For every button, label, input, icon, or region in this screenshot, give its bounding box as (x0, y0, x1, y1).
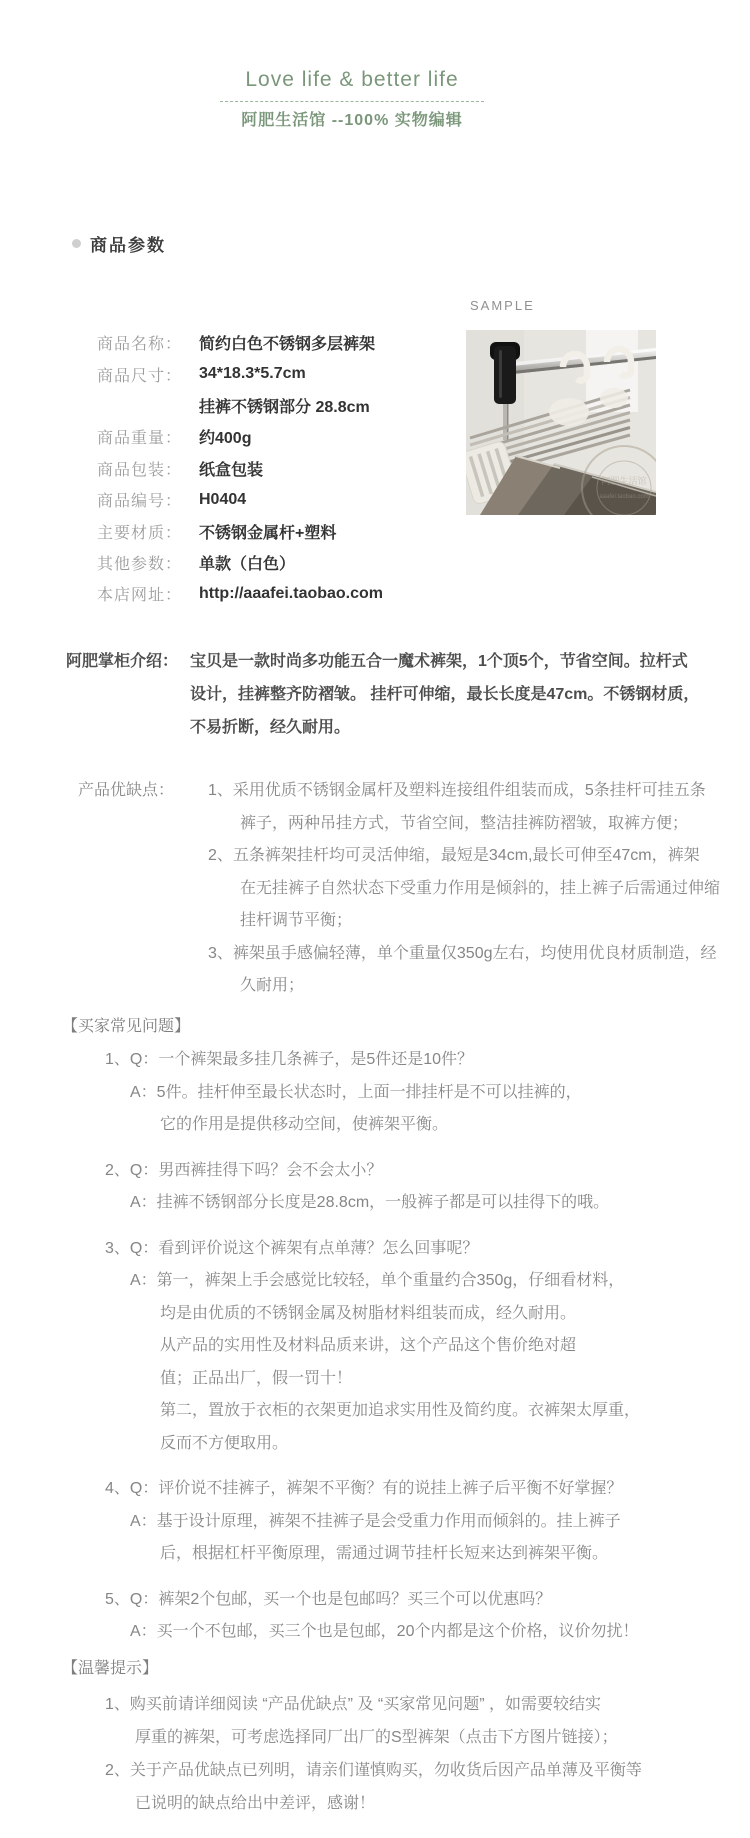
param-label: 商品编号： (97, 488, 199, 511)
param-value: H0404 (199, 491, 246, 509)
brand-header: Love life & better life 阿肥生活馆 --100% 实物编… (218, 68, 486, 130)
faq-answer-cont: 从产品的实用性及材料品质来讲，这个产品这个售价绝对超 (0, 1330, 750, 1363)
pros-line: 久耐用； (78, 970, 743, 1003)
param-value: 34*18.3*5.7cm (199, 365, 306, 383)
faq-answer-cont: 后，根据杠杆平衡原理，需通过调节挂杆长短来达到裤架平衡。 (0, 1538, 750, 1571)
faq-answer: A：基于设计原理，裤架不挂裤子是会受重力作用而倾斜的。挂上裤子 (0, 1506, 750, 1539)
faq-answer: A：第一，裤架上手会感觉比较轻，单个重量约合350g，仔细看材料， (0, 1265, 750, 1298)
params-title: 商品参数 (90, 231, 166, 256)
intro-line: 设计，挂裤整齐防褶皱。 挂杆可伸缩，最长长度是47cm。不锈钢材质， (66, 678, 726, 711)
product-detail-page: Love life & better life 阿肥生活馆 --100% 实物编… (0, 0, 750, 1838)
brand-edit-note: --100% 实物编辑 (332, 112, 463, 129)
shopkeeper-intro-section: 阿肥掌柜介绍： 宝贝是一款时尚多功能五合一魔术裤架，1个顶5个，节省空间。拉杆式… (66, 645, 726, 744)
faq-list: 1、Q：一个裤架最多挂几条裤子，是5件还是10件？ A：5件。挂杆伸至最长状态时… (0, 1044, 750, 1649)
brand-store-line: 阿肥生活馆 --100% 实物编辑 (218, 107, 486, 130)
param-row: 商品重量：约400g (97, 421, 477, 452)
param-row: 主要材质：不锈钢金属杆+塑料 (97, 515, 477, 546)
param-row: 本店网址：http://aaafei.taobao.com (97, 578, 477, 609)
pros-line: 1、采用优质不锈钢金属杆及塑料连接组件组装而成，5条挂杆可挂五条 (78, 775, 743, 808)
faq-answer: A：挂裤不锈钢部分长度是28.8cm，一般裤子都是可以挂得下的哦。 (0, 1187, 750, 1220)
tips-line: 厚重的裤架，可考虑选择同厂出厂的S型裤架（点击下方图片链接）； (0, 1721, 750, 1754)
plastic-clip (549, 398, 589, 426)
faq-answer-cont: 它的作用是提供移动空间，使裤架平衡。 (0, 1109, 750, 1142)
pros-line: 3、裤架虽手感偏轻薄，单个重量仅350g左右，均使用优良材质制造，经 (78, 938, 743, 971)
tips-title: 【温馨提示】 (62, 1655, 158, 1678)
intro-line: 不易折断，经久耐用。 (66, 711, 726, 744)
plastic-clip (600, 388, 628, 408)
faq-answer-cont: 均是由优质的不锈钢金属及树脂材料组装而成，经久耐用。 (0, 1298, 750, 1331)
param-label: 商品名称： (97, 331, 199, 354)
watermark-text: 阿肥生活馆 (601, 475, 646, 486)
param-value: 简约白色不锈钢多层裤架 (199, 331, 375, 354)
sample-label: SAMPLE (470, 298, 535, 313)
param-row: 商品名称：简约白色不锈钢多层裤架 (97, 327, 477, 358)
pros-cons-label: 产品优缺点： (78, 775, 174, 808)
param-label: 商品尺寸： (97, 363, 199, 386)
param-value: 挂裤不锈钢部分 28.8cm (199, 394, 370, 417)
pros-line: 裤子，两种吊挂方式，节省空间，整洁挂裤防褶皱，取裤方便； (78, 808, 743, 841)
param-row: 商品尺寸：34*18.3*5.7cm (97, 358, 477, 389)
params-section-header: 商品参数 (72, 231, 166, 256)
faq-question: 2、Q：男西裤挂得下吗？会不会太小？ (0, 1155, 750, 1188)
tips-line: 已说明的缺点给出中差评，感谢！ (0, 1787, 750, 1820)
bullet-icon (72, 239, 81, 248)
brand-tagline: Love life & better life (218, 68, 486, 92)
param-value: 不锈钢金属杆+塑料 (199, 520, 336, 543)
param-label: 商品包装： (97, 457, 199, 480)
pros-line: 在无挂裤子自然状态下受重力作用是倾斜的，挂上裤子后需通过伸缩 (78, 873, 743, 906)
param-value: http://aaafei.taobao.com (199, 585, 383, 603)
faq-answer-cont: 第二，置放于衣柜的衣架更加追求实用性及简约度。衣裤架太厚重， (0, 1395, 750, 1428)
tips-list: 1、购买前请详细阅读 “产品优缺点” 及 “买家常见问题” ，如需要较结实 厚重… (0, 1688, 750, 1820)
faq-question: 4、Q：评价说不挂裤子，裤架不平衡？有的说挂上裤子后平衡不好掌握？ (0, 1473, 750, 1506)
param-row: 其他参数：单款（白色） (97, 547, 477, 578)
watermark-url: aaafei.taobao.com (599, 494, 648, 500)
param-label: 本店网址： (97, 582, 199, 605)
faq-title: 【买家常见问题】 (62, 1013, 190, 1036)
tips-line: 1、购买前请详细阅读 “产品优缺点” 及 “买家常见问题” ，如需要较结实 (0, 1688, 750, 1721)
intro-label: 阿肥掌柜介绍： (66, 645, 178, 678)
params-list: 商品名称：简约白色不锈钢多层裤架 商品尺寸：34*18.3*5.7cm 挂裤不锈… (97, 327, 477, 610)
brand-store-name: 阿肥生活馆 (241, 112, 326, 129)
param-row: 挂裤不锈钢部分 28.8cm (97, 390, 477, 421)
param-value: 单款（白色） (199, 551, 295, 574)
faq-answer: A：买一个不包邮，买三个也是包邮，20个内都是这个价格，议价勿扰！ (0, 1616, 750, 1649)
param-value: 纸盒包装 (199, 457, 263, 480)
tips-line: 2、关于产品优缺点已列明，请亲们谨慎购买，勿收货后因产品单薄及平衡等 (0, 1754, 750, 1787)
param-row: 商品包装：纸盒包装 (97, 453, 477, 484)
brand-divider (220, 101, 484, 102)
param-row: 商品编号：H0404 (97, 484, 477, 515)
param-label: 主要材质： (97, 520, 199, 543)
faq-answer: A：5件。挂杆伸至最长状态时，上面一排挂杆是不可以挂裤的， (0, 1077, 750, 1110)
faq-question: 5、Q：裤架2个包邮，买一个也是包邮吗？买三个可以优惠吗？ (0, 1584, 750, 1617)
param-label: 商品重量： (97, 425, 199, 448)
product-photo: 阿肥生活馆 aaafei.taobao.com (466, 330, 656, 515)
faq-answer-cont: 值；正品出厂，假一罚十！ (0, 1363, 750, 1396)
faq-question: 1、Q：一个裤架最多挂几条裤子，是5件还是10件？ (0, 1044, 750, 1077)
pros-cons-section: 产品优缺点： 1、采用优质不锈钢金属杆及塑料连接组件组装而成，5条挂杆可挂五条 … (78, 775, 743, 1003)
param-label: 其他参数： (97, 551, 199, 574)
pros-line: 2、五条裤架挂杆均可灵活伸缩，最短是34cm,最长可伸至47cm，裤架 (78, 840, 743, 873)
pros-line: 挂杆调节平衡； (78, 905, 743, 938)
param-value: 约400g (199, 425, 251, 448)
faq-answer-cont: 反而不方便取用。 (0, 1428, 750, 1461)
faq-question: 3、Q：看到评价说这个裤架有点单薄？怎么回事呢？ (0, 1233, 750, 1266)
